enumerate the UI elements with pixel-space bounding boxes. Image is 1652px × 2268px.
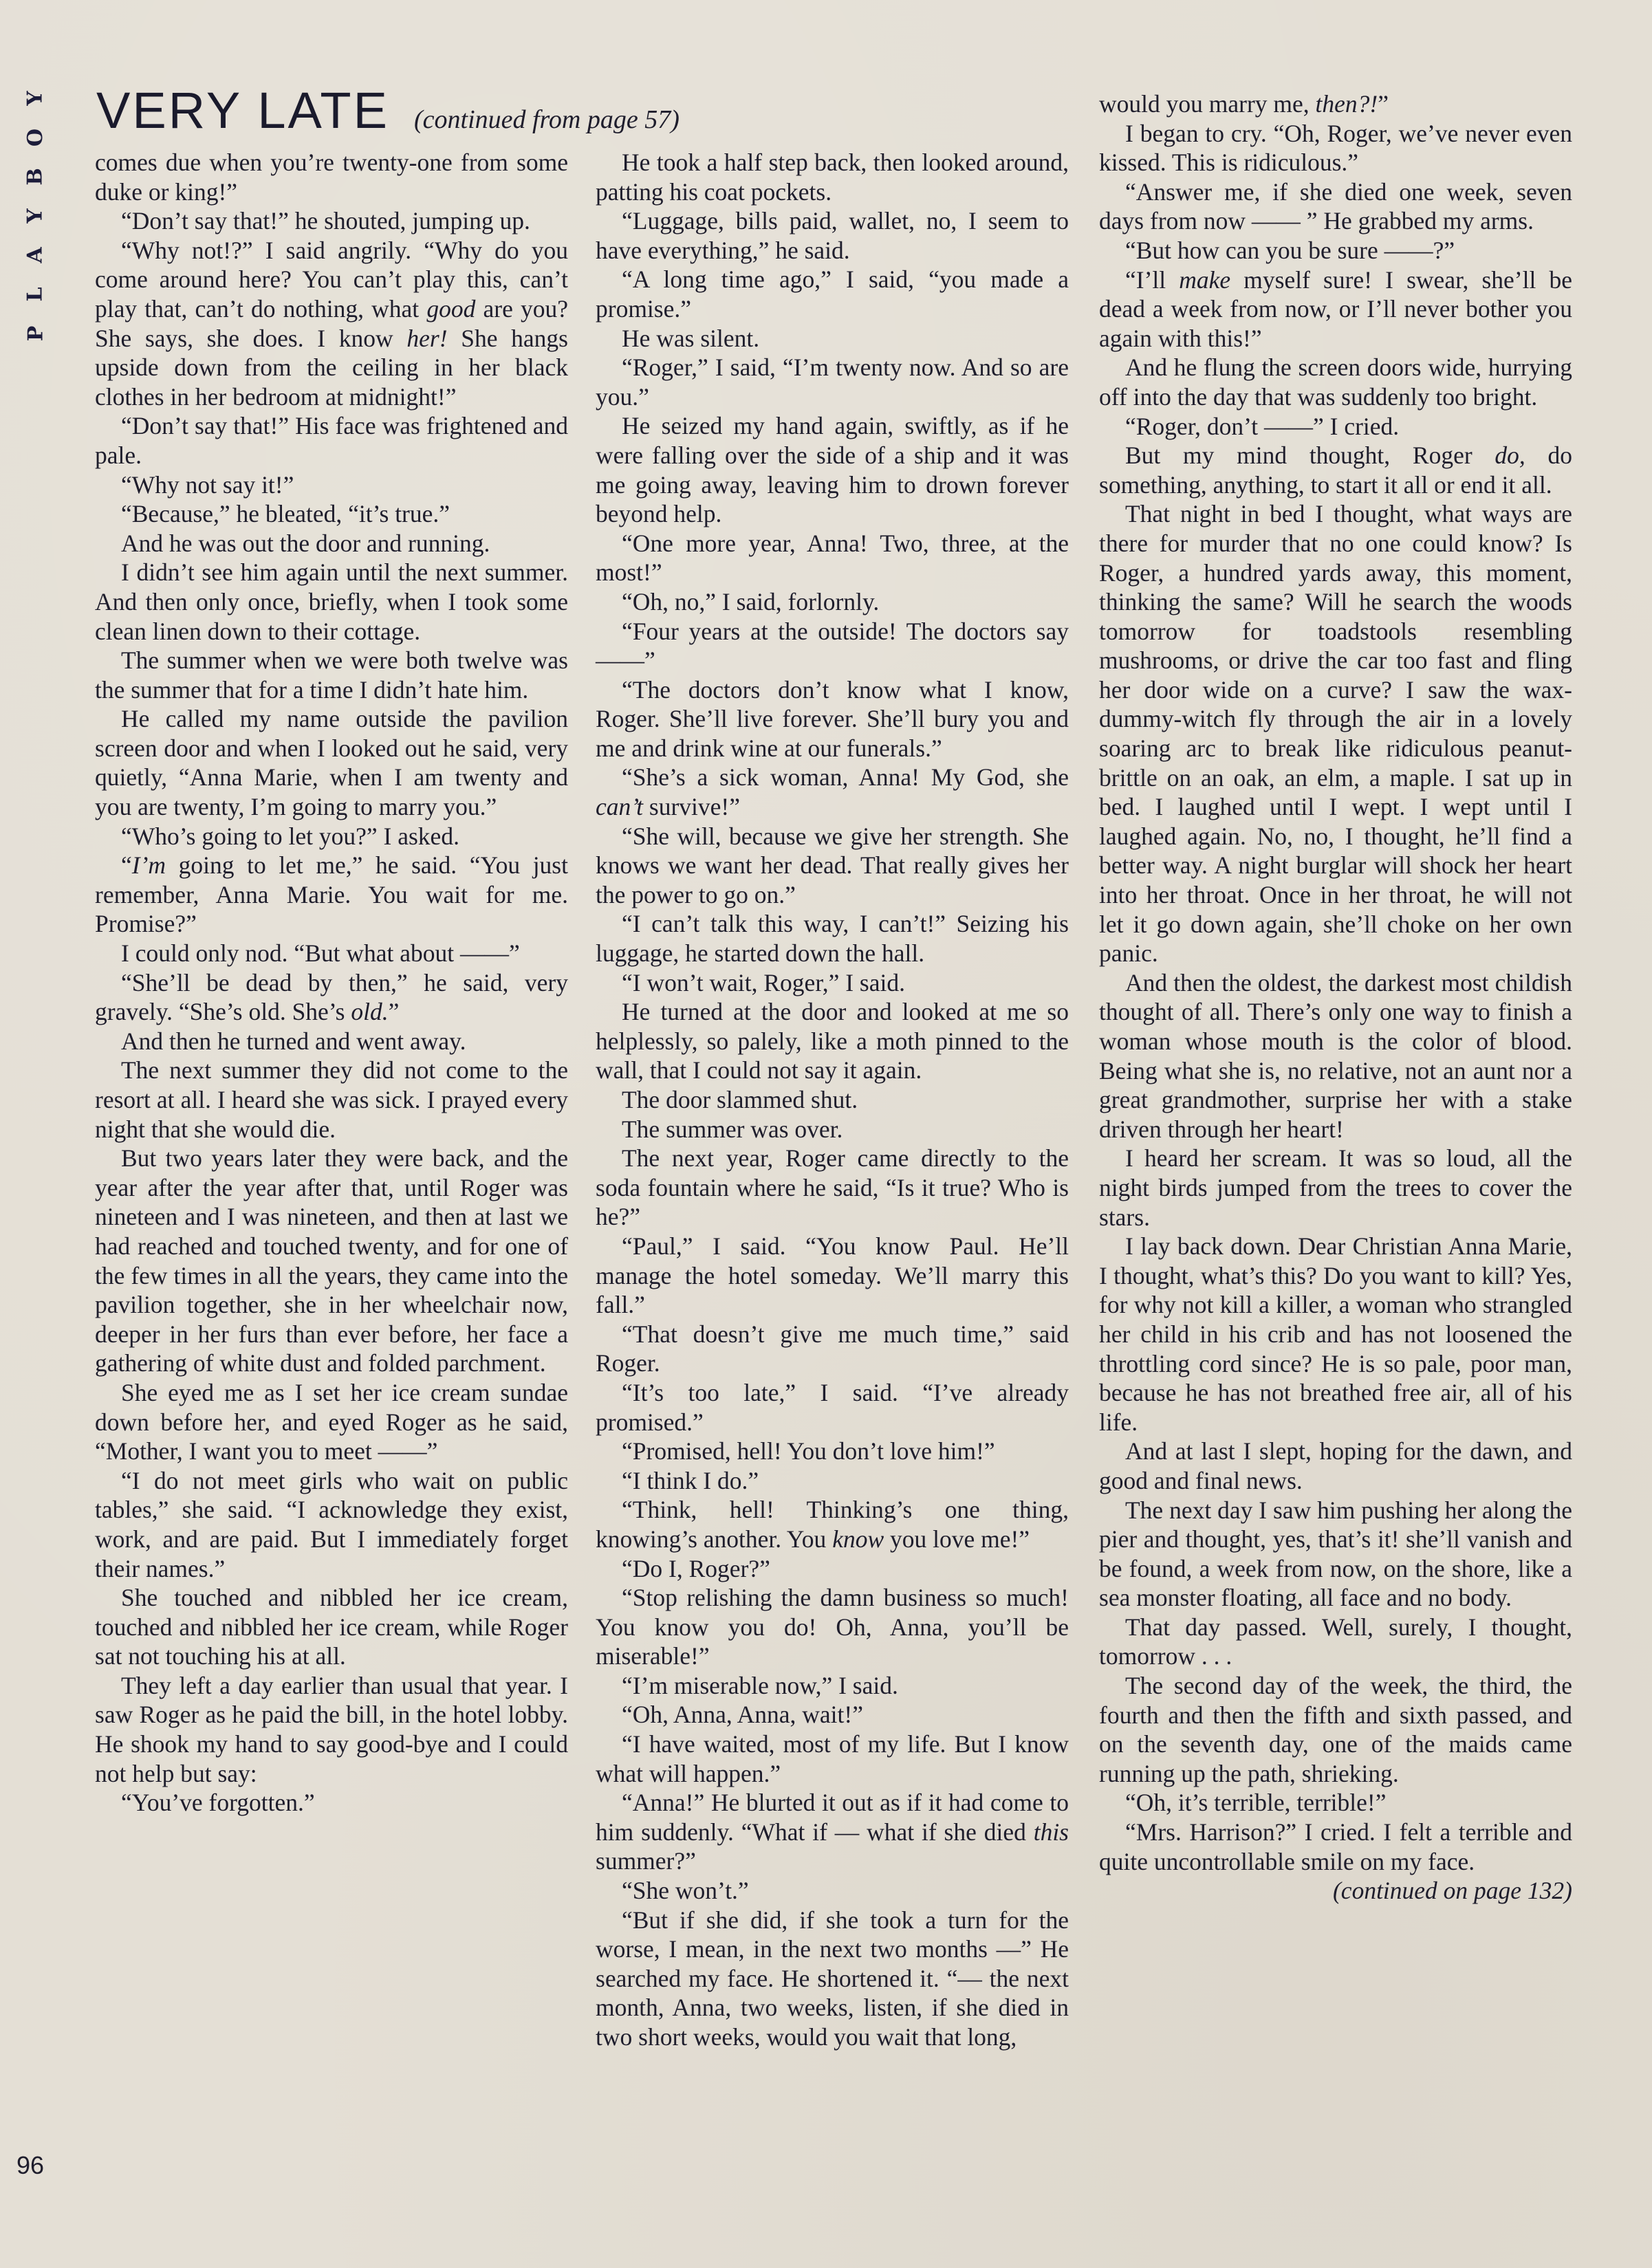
paragraph: “She will, because we give her strength.… xyxy=(596,822,1069,910)
paragraph: But my mind thought, Roger do, do someth… xyxy=(1099,441,1572,499)
paragraph: “I won’t wait, Roger,” I said. xyxy=(596,968,1069,998)
paragraph: And he flung the screen doors wide, hurr… xyxy=(1099,353,1572,411)
paragraph: The next day I saw him pushing her along… xyxy=(1099,1496,1572,1613)
paragraph: “I do not meet girls who wait on pub­lic… xyxy=(95,1466,568,1583)
paragraph: “That doesn’t give me much time,” said R… xyxy=(596,1320,1069,1378)
paragraph: “Roger, don’t ——” I cried. xyxy=(1099,412,1572,441)
paragraph: And then the oldest, the darkest most ch… xyxy=(1099,968,1572,1144)
text-column-middle: He took a half step back, then looked ar… xyxy=(596,148,1069,2052)
magazine-page: P L A Y B O Y VERY LATE (continued from … xyxy=(0,0,1652,2268)
emphasis: then?! xyxy=(1316,90,1378,118)
paragraph: I didn’t see him again until the next su… xyxy=(95,558,568,646)
paragraph: “I can’t talk this way, I can’t!” Seiz­i… xyxy=(596,909,1069,968)
paragraph: “Don’t say that!” His face was fright­en… xyxy=(95,411,568,470)
paragraph: “I’ll make myself sure! I swear, she’ll … xyxy=(1099,265,1572,353)
masthead-letter: P xyxy=(25,326,46,342)
paragraph: would you marry me, then?!” xyxy=(1099,89,1572,119)
paragraph: “But how can you be sure ——?” xyxy=(1099,236,1572,265)
paragraph: I could only nod. “But what about ——” xyxy=(95,939,568,968)
story-title: VERY LATE xyxy=(96,81,389,140)
playboy-masthead: P L A Y B O Y xyxy=(22,88,50,344)
paragraph: “Paul,” I said. “You know Paul. He’ll ma… xyxy=(596,1232,1069,1320)
emphasis: know xyxy=(832,1525,884,1553)
paragraph: He seized my hand again, swiftly, as if … xyxy=(596,411,1069,528)
paragraph: “I’m going to let me,” he said. “You jus… xyxy=(95,851,568,939)
paragraph: She eyed me as I set her ice cream sunda… xyxy=(95,1378,568,1466)
paragraph: “Who’s going to let you?” I asked. xyxy=(95,822,568,851)
emphasis: her! xyxy=(406,325,447,352)
masthead-letter: Y xyxy=(25,208,46,223)
text-column-left: comes due when you’re twenty-one from so… xyxy=(95,148,568,1818)
paragraph: And at last I slept, hoping for the dawn… xyxy=(1099,1437,1572,1495)
paragraph: He was silent. xyxy=(596,324,1069,353)
paragraph: “But if she did, if she took a turn for … xyxy=(596,1906,1069,2052)
paragraph: The next year, Roger came directly to th… xyxy=(596,1144,1069,1232)
paragraph: That night in bed I thought, what ways a… xyxy=(1099,499,1572,968)
text-column-right: would you marry me, then?!”I began to cr… xyxy=(1099,89,1572,1906)
paragraph: “Mrs. Harrison?” I cried. I felt a ter­r… xyxy=(1099,1818,1572,1876)
paragraph: “Think, hell! Thinking’s one thing, know… xyxy=(596,1495,1069,1553)
paragraph: The door slammed shut. xyxy=(596,1085,1069,1115)
emphasis: old. xyxy=(351,998,388,1025)
paragraph: comes due when you’re twenty-one from so… xyxy=(95,148,568,206)
paragraph: “A long time ago,” I said, “you made a p… xyxy=(596,265,1069,323)
story-headline: VERY LATE (continued from page 57) xyxy=(96,81,680,140)
paragraph: “Why not!?” I said angrily. “Why do you … xyxy=(95,236,568,412)
paragraph: I heard her scream. It was so loud, all … xyxy=(1099,1144,1572,1232)
emphasis: good xyxy=(426,295,475,323)
paragraph: But two years later they were back, and … xyxy=(95,1144,568,1378)
paragraph: “Promised, hell! You don’t love him!” xyxy=(596,1437,1069,1466)
continued-from-note: (continued from page 57) xyxy=(414,105,680,135)
paragraph: The summer was over. xyxy=(596,1115,1069,1144)
masthead-letter: A xyxy=(25,247,46,263)
paragraph: I lay back down. Dear Christian Anna Mar… xyxy=(1099,1232,1572,1437)
masthead-letter: L xyxy=(25,287,46,301)
paragraph: “She’s a sick woman, Anna! My God, she c… xyxy=(596,763,1069,821)
paragraph: “Do I, Roger?” xyxy=(596,1554,1069,1584)
paragraph: “Don’t say that!” he shouted, jumping up… xyxy=(95,206,568,236)
paragraph: And then he turned and went away. xyxy=(95,1027,568,1056)
paragraph: “I’m miserable now,” I said. xyxy=(596,1671,1069,1701)
paragraph: He took a half step back, then looked ar… xyxy=(596,148,1069,206)
paragraph: That day passed. Well, surely, I thought… xyxy=(1099,1613,1572,1671)
paragraph: “Four years at the outside! The doc­tors… xyxy=(596,617,1069,675)
paragraph: “One more year, Anna! Two, three, at the… xyxy=(596,529,1069,587)
paragraph: “I have waited, most of my life. But I k… xyxy=(596,1730,1069,1788)
paragraph: “Answer me, if she died one week, seven … xyxy=(1099,177,1572,236)
masthead-letter: O xyxy=(25,129,46,146)
paragraph: The second day of the week, the third, t… xyxy=(1099,1671,1572,1788)
paragraph: “Luggage, bills paid, wallet, no, I seem… xyxy=(596,206,1069,265)
paragraph: “Because,” he bleated, “it’s true.” xyxy=(95,499,568,529)
paragraph: “Oh, no,” I said, forlornly. xyxy=(596,587,1069,617)
paragraph: “Oh, Anna, Anna, wait!” xyxy=(596,1700,1069,1730)
paragraph: “It’s too late,” I said. “I’ve already p… xyxy=(596,1378,1069,1437)
paragraph: And he was out the door and running. xyxy=(95,529,568,558)
paragraph: “The doctors don’t know what I know, Rog… xyxy=(596,675,1069,763)
masthead-letter: B xyxy=(25,168,46,185)
paragraph: The summer when we were both twelve was … xyxy=(95,646,568,704)
emphasis: I’m xyxy=(132,851,166,879)
paragraph: “Stop relishing the damn business so muc… xyxy=(596,1583,1069,1671)
paragraph: “Anna!” He blurted it out as if it had c… xyxy=(596,1788,1069,1876)
paragraph: The next summer they did not come to the… xyxy=(95,1056,568,1144)
paragraph: “Roger,” I said, “I’m twenty now. And so… xyxy=(596,353,1069,411)
paragraph: I began to cry. “Oh, Roger, we’ve never … xyxy=(1099,119,1572,177)
paragraph: He turned at the door and looked at me s… xyxy=(596,997,1069,1085)
paragraph: “I think I do.” xyxy=(596,1466,1069,1496)
paragraph: “Why not say it!” xyxy=(95,470,568,500)
masthead-letter: Y xyxy=(25,91,46,105)
emphasis: can’t xyxy=(596,793,643,820)
emphasis: make xyxy=(1179,266,1230,294)
paragraph: “You’ve forgotten.” xyxy=(95,1788,568,1818)
emphasis: this xyxy=(1034,1818,1069,1846)
continued-on-note: (continued on page 132) xyxy=(1307,1876,1572,1906)
paragraph: She touched and nibbled her ice cream, t… xyxy=(95,1583,568,1671)
paragraph: He called my name outside the pa­vilion … xyxy=(95,704,568,821)
emphasis: do, xyxy=(1495,441,1525,469)
paragraph: “She won’t.” xyxy=(596,1876,1069,1906)
paragraph: “Oh, it’s terrible, terrible!” xyxy=(1099,1788,1572,1818)
page-number: 96 xyxy=(17,2151,44,2180)
paragraph: They left a day earlier than usual that … xyxy=(95,1671,568,1788)
paragraph: “She’ll be dead by then,” he said, very … xyxy=(95,968,568,1027)
